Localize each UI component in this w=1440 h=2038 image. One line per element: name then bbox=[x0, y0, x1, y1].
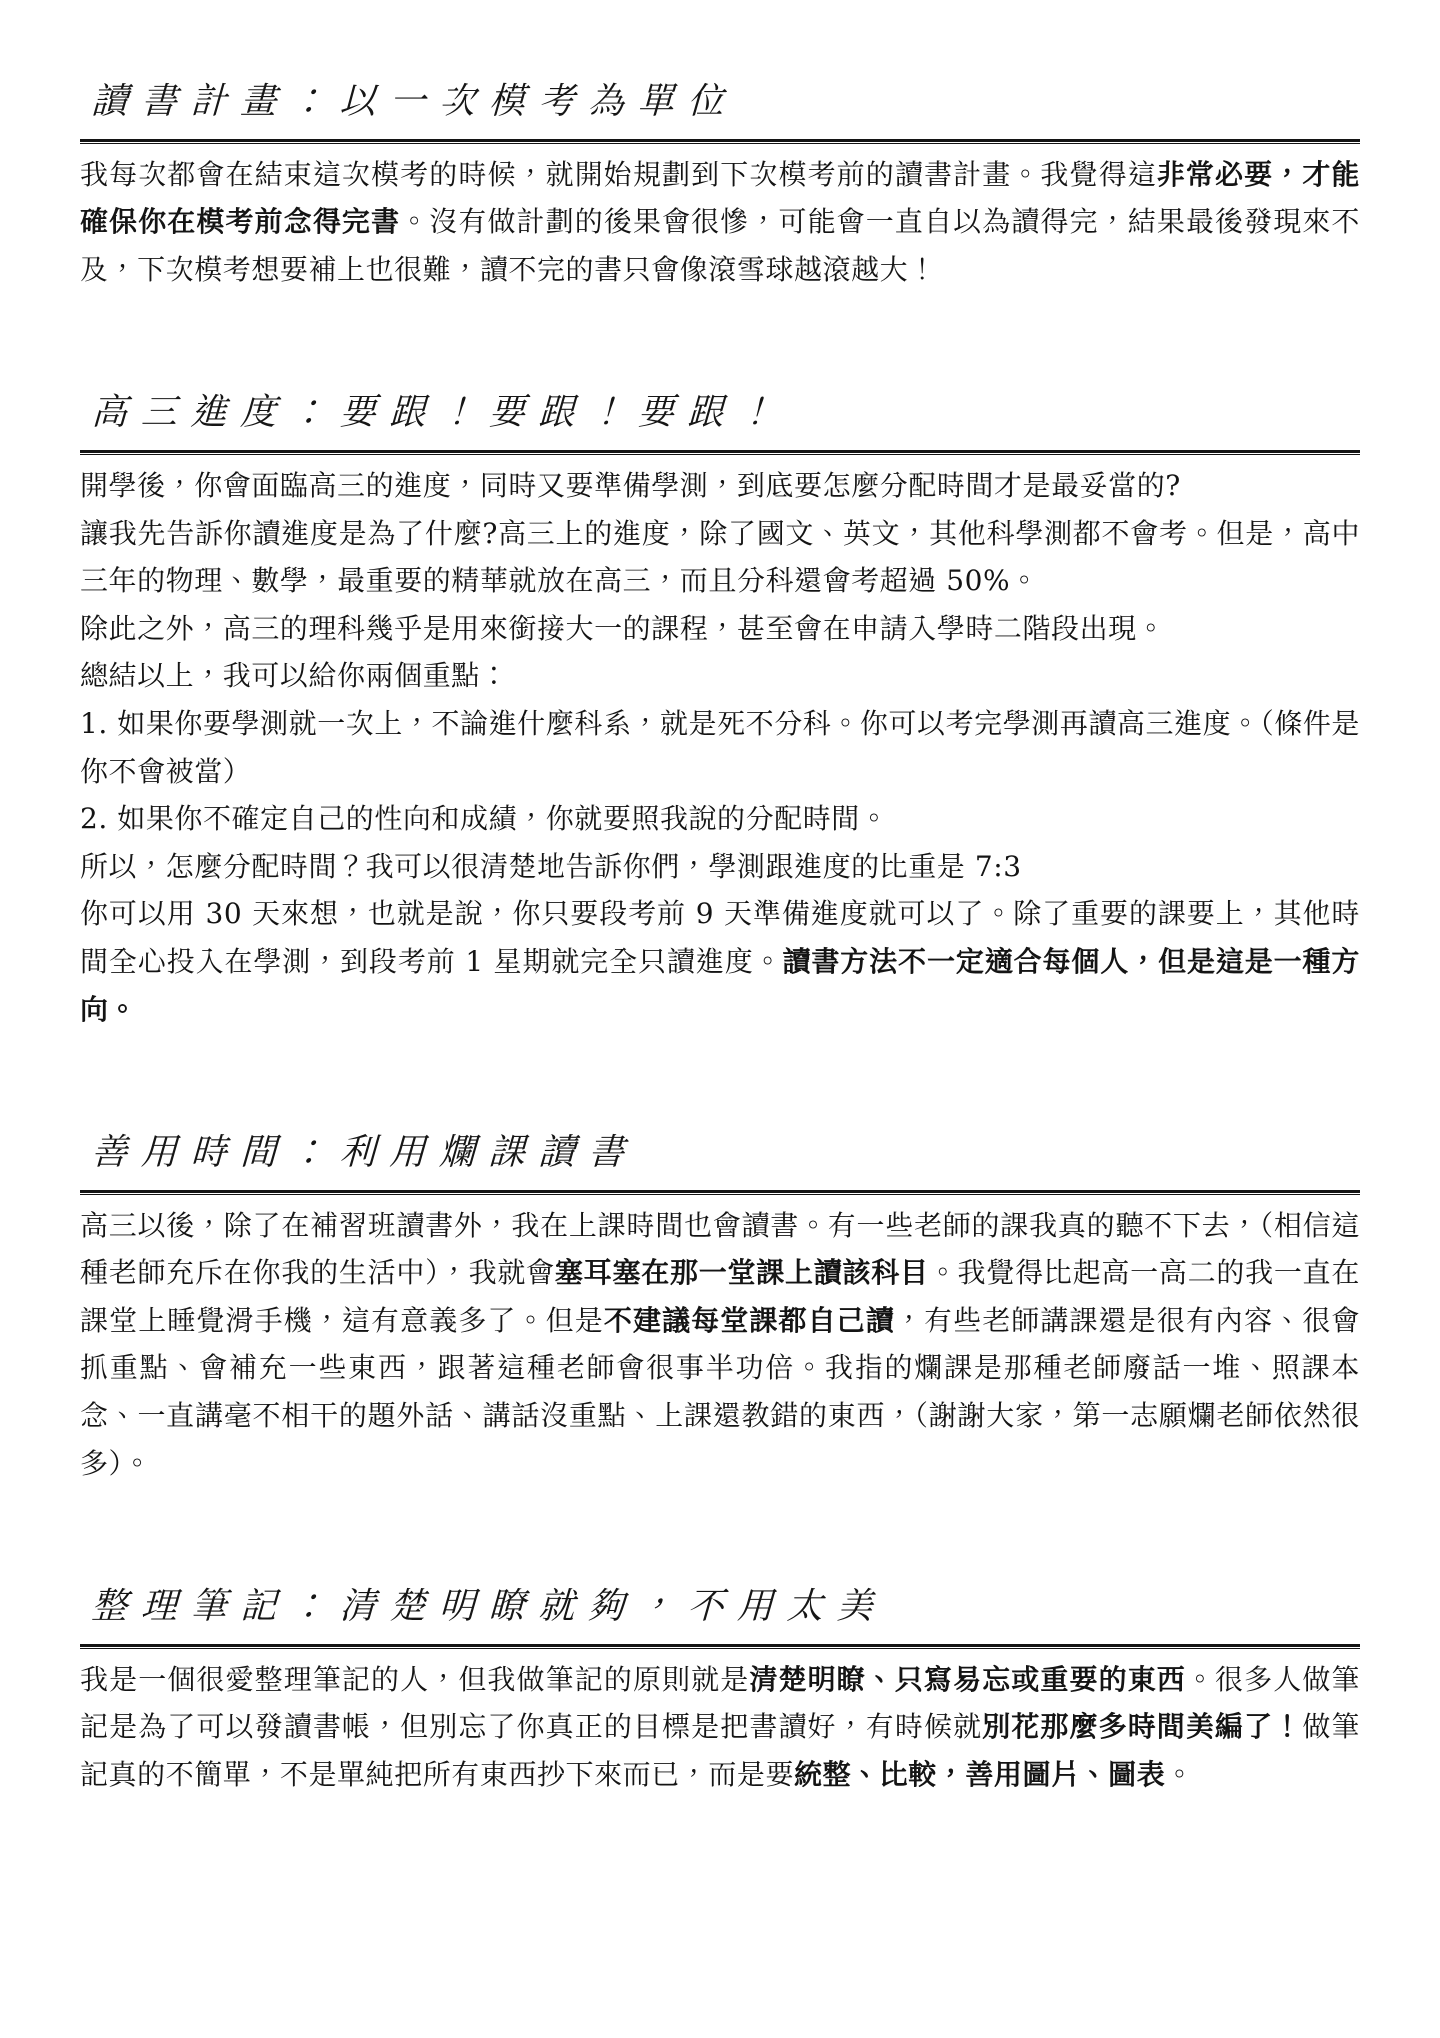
section-body: 我是一個很愛整理筆記的人，但我做筆記的原則就是清楚明瞭、只寫易忘或重要的東西。很… bbox=[80, 1656, 1360, 1799]
section-heading: 讀書計畫：以一次模考為單位 bbox=[80, 72, 1362, 139]
text-run: 讓我先告訴你讀進度是為了什麼?高三上的進度，除了國文、英文，其他科學測都不會考。… bbox=[80, 517, 1360, 598]
text-run: 總結以上，我可以給你兩個重點： bbox=[80, 659, 508, 692]
section-study-plan: 讀書計畫：以一次模考為單位我每次都會在結束這次模考的時候，就開始規劃到下次模考前… bbox=[80, 72, 1360, 293]
text-run: 所以，怎麼分配時間？我可以很清楚地告訴你們，學測跟進度的比重是 7:3 bbox=[80, 850, 1022, 883]
section-body: 高三以後，除了在補習班讀書外，我在上課時間也會讀書。有一些老師的課我真的聽不下去… bbox=[80, 1202, 1360, 1488]
section-heading: 高三進度：要跟！要跟！要跟！ bbox=[80, 383, 1362, 450]
heading-underline bbox=[80, 1644, 1360, 1650]
text-run: 。 bbox=[1165, 1758, 1194, 1791]
paragraph: 1. 如果你要學測就一次上，不論進什麼科系，就是死不分科。你可以考完學測再讀高三… bbox=[80, 700, 1360, 795]
section-heading: 善用時間：利用爛課讀書 bbox=[80, 1123, 1362, 1190]
paragraph: 總結以上，我可以給你兩個重點： bbox=[80, 652, 1360, 700]
bold-text-run: 不建議每堂課都自己讀 bbox=[604, 1304, 895, 1337]
paragraph: 我每次都會在結束這次模考的時候，就開始規劃到下次模考前的讀書計畫。我覺得這非常必… bbox=[80, 151, 1360, 294]
paragraph: 除此之外，高三的理科幾乎是用來銜接大一的課程，甚至會在申請入學時二階段出現。 bbox=[80, 605, 1360, 653]
bold-text-run: 別花那麼多時間美編了！ bbox=[982, 1710, 1302, 1743]
section-organize-notes: 整理筆記：清楚明瞭就夠，不用太美我是一個很愛整理筆記的人，但我做筆記的原則就是清… bbox=[80, 1577, 1360, 1798]
paragraph: 所以，怎麼分配時間？我可以很清楚地告訴你們，學測跟進度的比重是 7:3 bbox=[80, 843, 1360, 891]
paragraph: 讓我先告訴你讀進度是為了什麼?高三上的進度，除了國文、英文，其他科學測都不會考。… bbox=[80, 510, 1360, 605]
section-body: 我每次都會在結束這次模考的時候，就開始規劃到下次模考前的讀書計畫。我覺得這非常必… bbox=[80, 151, 1360, 294]
heading-underline bbox=[80, 139, 1360, 145]
section-body: 開學後，你會面臨高三的進度，同時又要準備學測，到底要怎麼分配時間才是最妥當的?讓… bbox=[80, 462, 1360, 1033]
text-run: 1. 如果你要學測就一次上，不論進什麼科系，就是死不分科。你可以考完學測再讀高三… bbox=[80, 707, 1360, 788]
text-run: 開學後，你會面臨高三的進度，同時又要準備學測，到底要怎麼分配時間才是最妥當的? bbox=[80, 469, 1181, 502]
paragraph: 我是一個很愛整理筆記的人，但我做筆記的原則就是清楚明瞭、只寫易忘或重要的東西。很… bbox=[80, 1656, 1360, 1799]
section-use-time-wisely: 善用時間：利用爛課讀書高三以後，除了在補習班讀書外，我在上課時間也會讀書。有一些… bbox=[80, 1123, 1360, 1487]
heading-underline bbox=[80, 450, 1360, 456]
bold-text-run: 塞耳塞在那一堂課上讀該科目 bbox=[555, 1256, 929, 1289]
document-content: 讀書計畫：以一次模考為單位我每次都會在結束這次模考的時候，就開始規劃到下次模考前… bbox=[80, 72, 1360, 1799]
section-senior-year-progress: 高三進度：要跟！要跟！要跟！開學後，你會面臨高三的進度，同時又要準備學測，到底要… bbox=[80, 383, 1360, 1033]
bold-text-run: 統整、比較，善用圖片、圖表 bbox=[794, 1758, 1165, 1791]
paragraph: 你可以用 30 天來想，也就是說，你只要段考前 9 天準備進度就可以了。除了重要… bbox=[80, 890, 1360, 1033]
document-page: 讀書計畫：以一次模考為單位我每次都會在結束這次模考的時候，就開始規劃到下次模考前… bbox=[0, 0, 1440, 2038]
paragraph: 2. 如果你不確定自己的性向和成績，你就要照我說的分配時間。 bbox=[80, 795, 1360, 843]
text-run: 我每次都會在結束這次模考的時候，就開始規劃到下次模考前的讀書計畫。我覺得這 bbox=[80, 158, 1157, 191]
paragraph: 開學後，你會面臨高三的進度，同時又要準備學測，到底要怎麼分配時間才是最妥當的? bbox=[80, 462, 1360, 510]
section-heading: 整理筆記：清楚明瞭就夠，不用太美 bbox=[80, 1577, 1362, 1644]
text-run: 除此之外，高三的理科幾乎是用來銜接大一的課程，甚至會在申請入學時二階段出現。 bbox=[80, 612, 1165, 645]
heading-underline bbox=[80, 1190, 1360, 1196]
paragraph: 高三以後，除了在補習班讀書外，我在上課時間也會讀書。有一些老師的課我真的聽不下去… bbox=[80, 1202, 1360, 1488]
text-run: 2. 如果你不確定自己的性向和成績，你就要照我說的分配時間。 bbox=[80, 802, 888, 835]
text-run: 我是一個很愛整理筆記的人，但我做筆記的原則就是 bbox=[80, 1663, 749, 1696]
bold-text-run: 清楚明瞭、只寫易忘或重要的東西 bbox=[749, 1663, 1186, 1696]
